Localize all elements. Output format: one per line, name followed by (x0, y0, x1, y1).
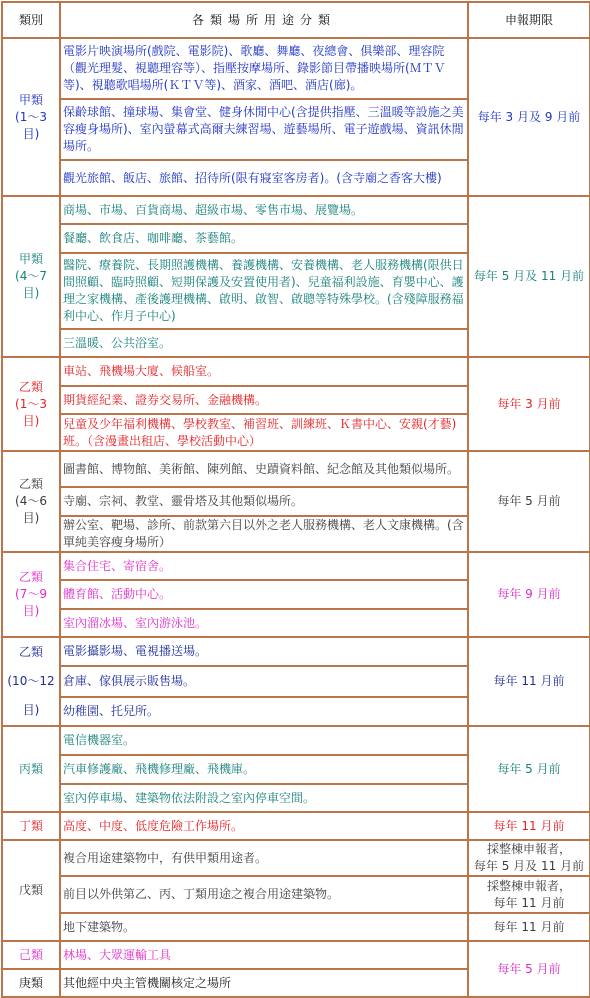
category-cell: 甲類 (1～3 目) (2, 38, 60, 196)
deadline-cell: 每年 5 月前 (468, 451, 590, 552)
category-cell: 庚類 (2, 969, 60, 997)
deadline-cell: 每年 3 月及 9 月前 (468, 38, 590, 196)
table-row: 甲類 (4～7 目) 商場、市場、百貨商場、超級市場、零售市場、展覽場。 每年 … (2, 196, 590, 224)
category-cell: 丁類 (2, 812, 60, 840)
category-name: 乙類 (5, 569, 57, 586)
usage-classification-table: 類別 各類場所用途分類 申報期限 甲類 (1～3 目) 電影片映演場所(戲院、電… (1, 1, 590, 997)
table-row: 乙類 (10～12 目) 電影攝影場、電視播送場。 每年 11 月前 (2, 637, 590, 666)
table-row: 前目以外供第乙、丙、丁類用途之複合用途建築物。 採整棟申報者， 每年 11 月前 (2, 876, 590, 913)
deadline-cell: 每年 9 月前 (468, 552, 590, 637)
table-row: 丁類 高度、中度、低度危險工作場所。 每年 11 月前 (2, 812, 590, 840)
usage-cell: 圖書館、博物館、美術館、陳列館、史蹟資料館、紀念館及其他類似場所。 (60, 451, 468, 487)
usage-cell: 集合住宅、寄宿舍。 (60, 552, 468, 580)
category-cell: 乙類 (4～6 目) (2, 451, 60, 552)
table-row: 乙類 (7～9 目) 集合住宅、寄宿舍。 每年 9 月前 (2, 552, 590, 580)
deadline-line: 採整棟申報者， (471, 878, 587, 895)
category-cell: 甲類 (4～7 目) (2, 196, 60, 357)
usage-cell: 幼稚園、托兒所。 (60, 697, 468, 726)
category-cell: 丙類 (2, 726, 60, 812)
category-name: 乙類 (5, 476, 57, 493)
deadline-cell: 每年 5 月及 11 月前 (468, 196, 590, 357)
category-range: (4～7 目) (5, 268, 57, 302)
deadline-cell: 每年 5 月前 (468, 941, 590, 997)
category-name: 乙類 (5, 638, 57, 667)
usage-cell: 車站、飛機場大廈、候船室。 (60, 357, 468, 386)
category-range: (1～3 目) (5, 396, 57, 430)
header-category: 類別 (2, 2, 60, 38)
category-range: (7～9 目) (5, 586, 57, 620)
usage-cell: 電信機器室。 (60, 726, 468, 755)
category-range: (4～6 目) (5, 493, 57, 527)
usage-cell: 前目以外供第乙、丙、丁類用途之複合用途建築物。 (60, 876, 468, 913)
usage-cell: 觀光旅館、飯店、旅館、招待所(限有寢室客房者)。(含寺廟之香客大樓) (60, 160, 468, 196)
usage-cell: 保齡球館、撞球場、集會堂、健身休閒中心(含提供指壓、三溫暖等設施之美容瘦身場所)… (60, 99, 468, 160)
table-row: 乙類 (1～3 目) 車站、飛機場大廈、候船室。 每年 3 月前 (2, 357, 590, 386)
usage-cell: 林場、大眾運輸工具 (60, 941, 468, 969)
usage-cell: 兒童及少年福利機構、學校教室、補習班、訓練班、Ｋ書中心、安親(才藝)班。（含漫畫… (60, 414, 468, 451)
usage-cell: 辦公室、靶場、診所、前款第六目以外之老人服務機構、老人文康機構。(含單純美容瘦身… (60, 516, 468, 552)
header-deadline: 申報期限 (468, 2, 590, 38)
category-cell: 乙類 (10～12 目) (2, 637, 60, 726)
deadline-cell: 採整棟申報者， 每年 5 月及 11 月前 (468, 840, 590, 876)
category-cell: 己類 (2, 941, 60, 969)
usage-cell: 三溫暖、公共浴室。 (60, 329, 468, 357)
usage-cell: 其他經中央主管機關核定之場所 (60, 969, 468, 997)
deadline-line: 每年 11 月前 (471, 895, 587, 912)
category-name: 乙類 (5, 379, 57, 396)
category-cell: 乙類 (7～9 目) (2, 552, 60, 637)
deadline-line: 採整棟申報者， (471, 841, 587, 858)
table-row: 地下建築物。 每年 11 月前 (2, 913, 590, 941)
table-row: 丙類 電信機器室。 每年 5 月前 (2, 726, 590, 755)
category-range: (1～3 目) (5, 109, 57, 143)
usage-cell: 寺廟、宗祠、教堂、靈骨塔及其他類似場所。 (60, 487, 468, 516)
usage-cell: 地下建築物。 (60, 913, 468, 941)
category-range: (10～12 目) (5, 667, 57, 725)
deadline-cell: 每年 11 月前 (468, 913, 590, 941)
header-usage: 各類場所用途分類 (60, 2, 468, 38)
category-name: 甲類 (5, 251, 57, 268)
usage-cell: 電影片映演場所(戲院、電影院)、歌廳、舞廳、夜總會、俱樂部、理容院（觀光理髮、視… (60, 38, 468, 99)
deadline-cell: 每年 11 月前 (468, 637, 590, 726)
deadline-cell: 每年 5 月前 (468, 726, 590, 812)
usage-cell: 期貨經紀業、證券交易所、金融機構。 (60, 386, 468, 414)
header-row: 類別 各類場所用途分類 申報期限 (2, 2, 590, 38)
table-row: 乙類 (4～6 目) 圖書館、博物館、美術館、陳列館、史蹟資料館、紀念館及其他類… (2, 451, 590, 487)
deadline-cell: 採整棟申報者， 每年 11 月前 (468, 876, 590, 913)
table-row: 甲類 (1～3 目) 電影片映演場所(戲院、電影院)、歌廳、舞廳、夜總會、俱樂部… (2, 38, 590, 99)
deadline-line: 每年 5 月及 11 月前 (471, 858, 587, 875)
usage-cell: 電影攝影場、電視播送場。 (60, 637, 468, 666)
usage-cell: 複合用途建築物中，有供甲類用途者。 (60, 840, 468, 876)
table-row: 戊類 複合用途建築物中，有供甲類用途者。 採整棟申報者， 每年 5 月及 11 … (2, 840, 590, 876)
table-row: 己類 林場、大眾運輸工具 每年 5 月前 (2, 941, 590, 969)
usage-cell: 商場、市場、百貨商場、超級市場、零售市場、展覽場。 (60, 196, 468, 224)
usage-cell: 高度、中度、低度危險工作場所。 (60, 812, 468, 840)
usage-cell: 室內溜冰場、室內游泳池。 (60, 609, 468, 637)
category-cell: 乙類 (1～3 目) (2, 357, 60, 451)
usage-cell: 醫院、療養院、長期照護機構、養護機構、安養機構、老人服務機構(限供日間照顧、臨時… (60, 253, 468, 329)
deadline-cell: 每年 11 月前 (468, 812, 590, 840)
usage-cell: 汽車修護廠、飛機修理廠、飛機庫。 (60, 755, 468, 784)
category-name: 甲類 (5, 92, 57, 109)
usage-cell: 室內停車場、建築物依法附設之室內停車空間。 (60, 784, 468, 812)
usage-cell: 倉庫、傢俱展示販售場。 (60, 666, 468, 696)
deadline-cell: 每年 3 月前 (468, 357, 590, 451)
usage-cell: 餐廳、飲食店、咖啡廳、茶藝館。 (60, 224, 468, 253)
category-cell: 戊類 (2, 840, 60, 941)
usage-cell: 體育館、活動中心。 (60, 580, 468, 609)
